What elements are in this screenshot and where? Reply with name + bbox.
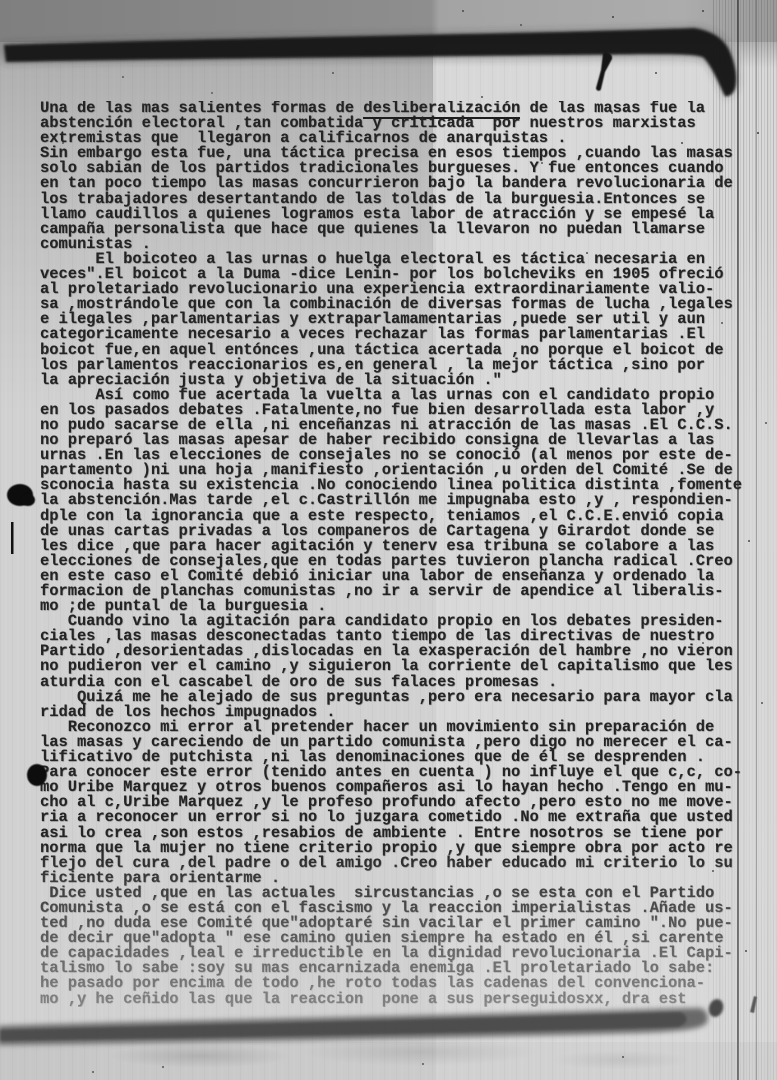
scan-line-artifact-faint [756,0,757,1080]
scan-shade-top [0,0,777,42]
text-line: mo ,y he ceñido las que la reaccion pone… [40,992,742,1007]
scanned-document-page: Una de las mas salientes formas de desli… [0,0,777,1080]
paper-specks [0,0,2,2]
paper-mottling-bottom [0,1042,777,1080]
document-lines: Una de las mas salientes formas de desli… [40,101,742,1007]
